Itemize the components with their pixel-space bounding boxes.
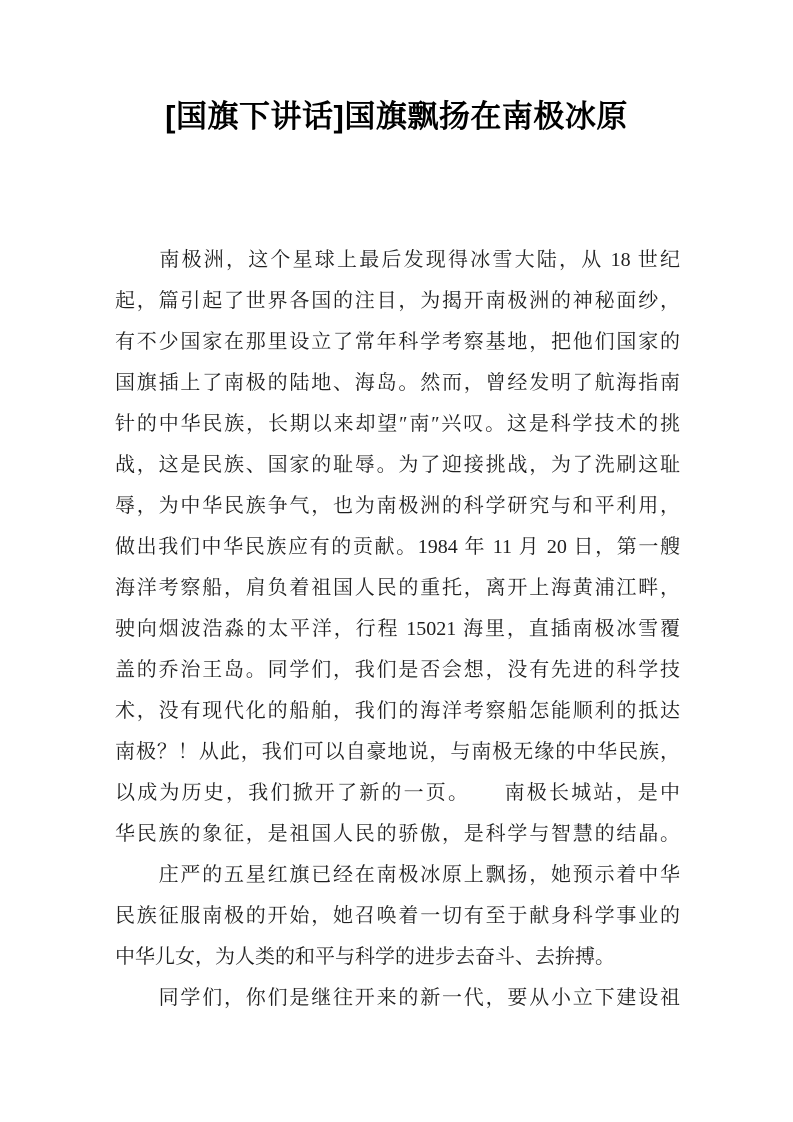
text-line: 国旗插上了南极的陆地、海岛。然而，曾经发明了航海指南 <box>115 363 680 404</box>
text-line: 驶向烟波浩淼的太平洋，行程 15021 海里，直插南极冰雪覆 <box>115 609 680 650</box>
text-line: 南极？！从此，我们可以自豪地说，与南极无缘的中华民族， <box>115 732 680 773</box>
text-line: 中华儿女，为人类的和平与科学的进步去奋斗、去拚搏。 <box>115 937 680 978</box>
document-title: [国旗下讲话]国旗飘扬在南极冰原 <box>0 97 793 137</box>
text-line: 盖的乔治王岛。同学们，我们是否会想，没有先进的科学技 <box>115 650 680 691</box>
text-line: 做出我们中华民族应有的贡献。1984 年 11 月 20 日，第一艘 <box>115 527 680 568</box>
text-line: 战，这是民族、国家的耻辱。为了迎接挑战，为了洗刷这耻 <box>115 445 680 486</box>
text-line: 南极洲，这个星球上最后发现得冰雪大陆，从 18 世纪 <box>115 240 680 281</box>
text-line: 庄严的五星红旗已经在南极冰原上飘扬，她预示着中华 <box>115 855 680 896</box>
text-line: 起，篇引起了世界各国的注目，为揭开南极洲的神秘面纱， <box>115 281 680 322</box>
text-line: 辱，为中华民族争气，也为南极洲的科学研究与和平利用， <box>115 486 680 527</box>
text-line: 海洋考察船，肩负着祖国人民的重托，离开上海黄浦江畔， <box>115 568 680 609</box>
text-line: 同学们，你们是继往开来的新一代，要从小立下建设祖 <box>115 978 680 1019</box>
paragraph: 南极洲，这个星球上最后发现得冰雪大陆，从 18 世纪起，篇引起了世界各国的注目，… <box>115 240 680 855</box>
paragraph: 同学们，你们是继往开来的新一代，要从小立下建设祖 <box>115 978 680 1019</box>
text-line: 华民族的象征，是祖国人民的骄傲，是科学与智慧的结晶。 <box>115 814 680 855</box>
text-line: 以成为历史，我们掀开了新的一页。 南极长城站，是中 <box>115 773 680 814</box>
text-line: 有不少国家在那里设立了常年科学考察基地，把他们国家的 <box>115 322 680 363</box>
document-body: 南极洲，这个星球上最后发现得冰雪大陆，从 18 世纪起，篇引起了世界各国的注目，… <box>115 240 680 1019</box>
document-page: [国旗下讲话]国旗飘扬在南极冰原 南极洲，这个星球上最后发现得冰雪大陆，从 18… <box>0 0 793 1122</box>
paragraph: 庄严的五星红旗已经在南极冰原上飘扬，她预示着中华民族征服南极的开始，她召唤着一切… <box>115 855 680 978</box>
text-line: 民族征服南极的开始，她召唤着一切有至于献身科学事业的 <box>115 896 680 937</box>
text-line: 针的中华民族，长期以来却望″南″兴叹。这是科学技术的挑 <box>115 404 680 445</box>
text-line: 术，没有现代化的船舶，我们的海洋考察船怎能顺利的抵达 <box>115 691 680 732</box>
